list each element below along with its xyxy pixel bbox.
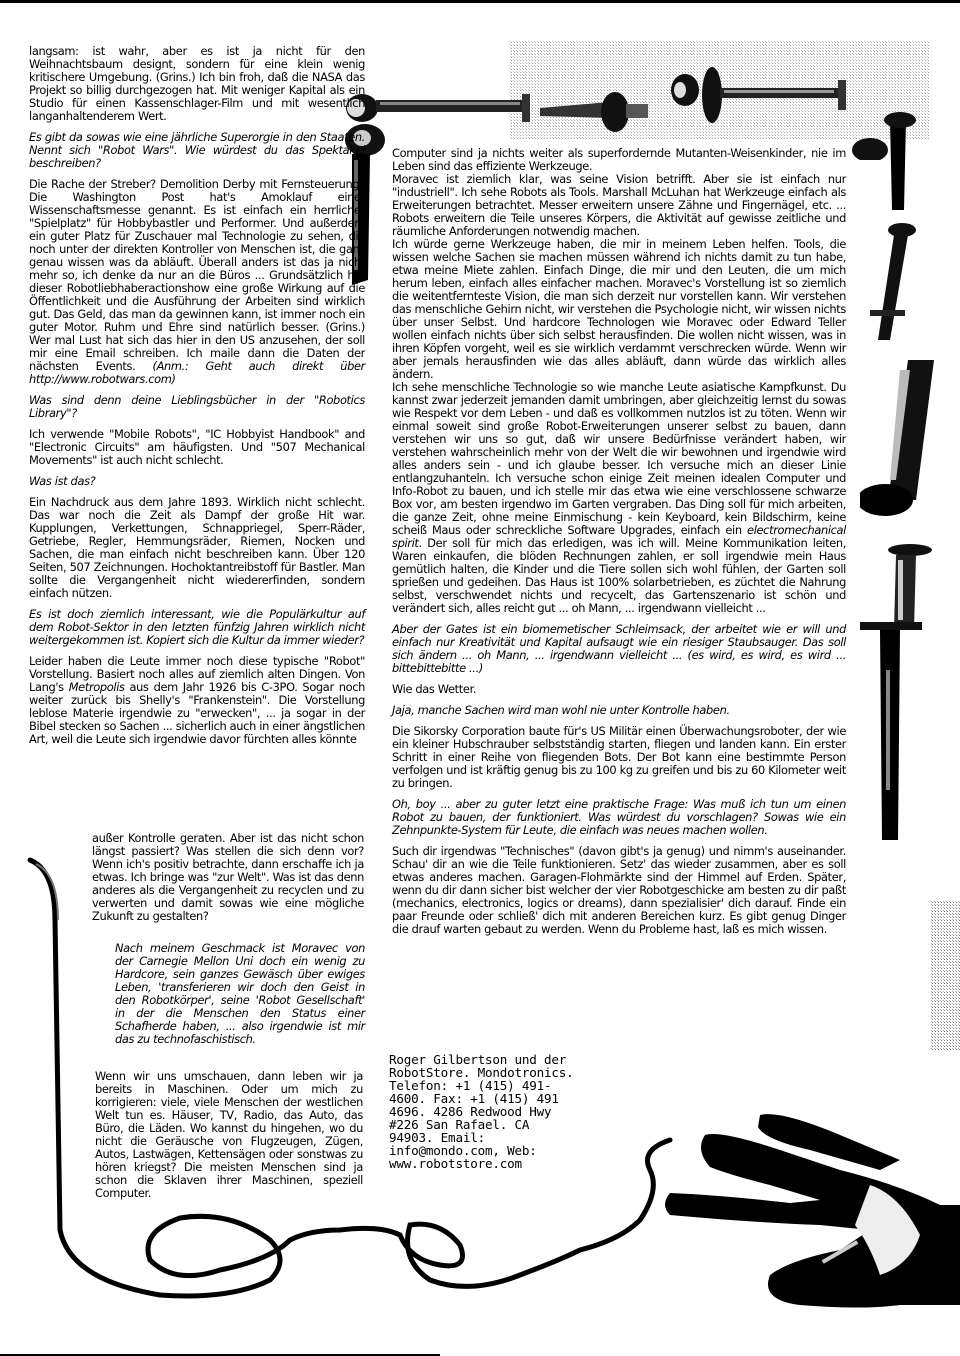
answer-text: Ich sehe menschliche Technologie so wie … — [392, 380, 846, 537]
interview-question: Es gibt da sowas wie eine jährliche Supe… — [29, 131, 365, 170]
interview-question: Oh, boy ... aber zu guter letzt eine pra… — [392, 798, 846, 837]
cable-icon — [0, 840, 700, 1300]
right-column: Computer sind ja nichts weiter als super… — [392, 147, 846, 944]
interview-question: Was sind denn deine Lieblingsbücher in d… — [29, 394, 365, 420]
answer-paragraph: Die Sikorsky Corporation baute für's US … — [392, 725, 846, 790]
answer-paragraph: Moravec ist ziemlich klar, was seine Vis… — [392, 173, 846, 238]
interview-question: Es ist doch ziemlich interessant, wie di… — [29, 608, 365, 647]
cable-illustration — [0, 840, 700, 1300]
answer-paragraph: Die Rache der Streber? Demolition Derby … — [29, 178, 365, 386]
answer-paragraph: Wie das Wetter. — [392, 683, 846, 696]
answer-paragraph: Computer sind ja nichts weiter als super… — [392, 147, 846, 173]
interview-question: Was ist das? — [29, 475, 365, 488]
screws-illustration-right — [860, 20, 960, 1050]
film-title: Metropolis — [69, 680, 125, 694]
top-rule — [0, 0, 960, 3]
interview-question: Aber der Gates ist ein biomemetischer Sc… — [392, 623, 846, 675]
bolt-icon — [340, 30, 940, 160]
bolts-illustration-top — [340, 30, 940, 160]
answer-paragraph: Ich verwende "Mobile Robots", "IC Hobbyi… — [29, 428, 365, 467]
answer-text: Die Rache der Streber? Demolition Derby … — [29, 177, 365, 373]
answer-paragraph: Ich würde gerne Werkzeuge haben, die mir… — [392, 238, 846, 381]
answer-text: . Der soll für mich das erledigen, was i… — [392, 536, 846, 615]
answer-paragraph: Leider haben die Leute immer noch diese … — [29, 655, 365, 746]
interview-question: Jaja, manche Sachen wird man wohl nie un… — [392, 704, 846, 717]
left-column: langsam: ist wahr, aber es ist ja nicht … — [29, 45, 365, 746]
answer-paragraph: langsam: ist wahr, aber es ist ja nicht … — [29, 45, 365, 123]
answer-paragraph: Ein Nachdruck aus dem Jahre 1893. Wirkli… — [29, 496, 365, 600]
answer-paragraph: Ich sehe menschliche Technologie so wie … — [392, 381, 846, 615]
screw-icon — [860, 20, 960, 1050]
